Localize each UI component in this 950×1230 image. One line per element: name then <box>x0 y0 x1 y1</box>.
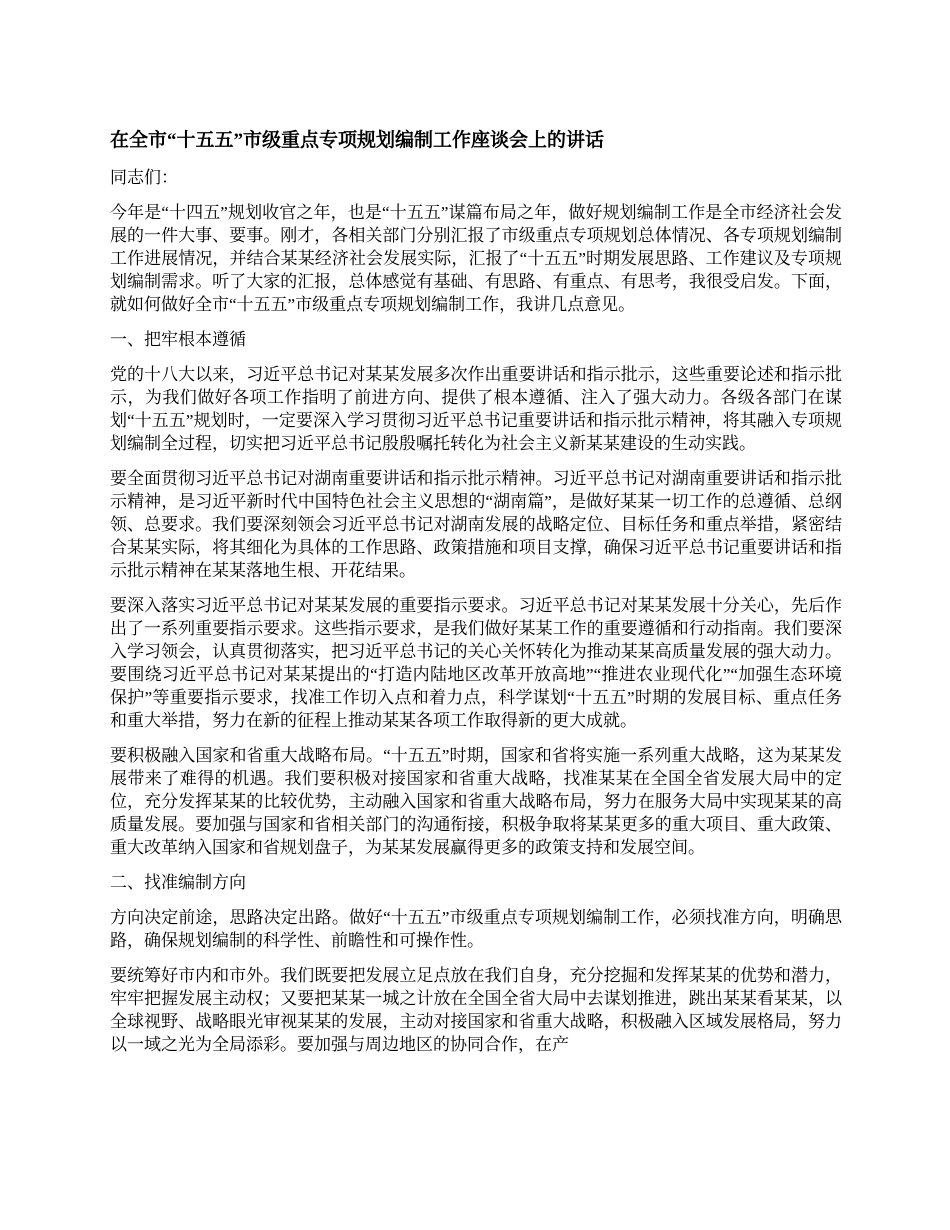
paragraph-hunan-speeches: 要全面贯彻习近平总书记对湖南重要讲话和指示批示精神。习近平总书记对湖南重要讲话和… <box>110 467 842 582</box>
paragraph-intro: 今年是“十四五”规划收官之年，也是“十五五”谋篇布局之年，做好规划编制工作是全市… <box>110 201 842 316</box>
document-content: 在全市“十五五”市级重点专项规划编制工作座谈会上的讲话 同志们： 今年是“十四五… <box>110 128 842 1068</box>
paragraph-direction: 方向决定前途，思路决定出路。做好“十五五”市级重点专项规划编制工作，必须找准方向… <box>110 906 842 952</box>
paragraph-national-strategy: 要积极融入国家和省重大战略布局。“十五五”时期，国家和省将实施一系列重大战略，这… <box>110 744 842 859</box>
document-title: 在全市“十五五”市级重点专项规划编制工作座谈会上的讲话 <box>110 128 842 153</box>
paragraph-coordinate-internal-external: 要统筹好市内和市外。我们既要把发展立足点放在我们自身，充分挖掘和发挥某某的优势和… <box>110 964 842 1056</box>
section-heading-2: 二、找准编制方向 <box>110 871 842 894</box>
section-heading-1: 一、把牢根本遵循 <box>110 328 842 351</box>
document-page: 在全市“十五五”市级重点专项规划编制工作座谈会上的讲话 同志们： 今年是“十四五… <box>0 0 950 1230</box>
greeting-line: 同志们： <box>110 166 842 189</box>
paragraph-fundamental-principles: 党的十八大以来，习近平总书记对某某发展多次作出重要讲话和指示批示，这些重要论述和… <box>110 363 842 455</box>
paragraph-important-instructions: 要深入落实习近平总书记对某某发展的重要指示要求。习近平总书记对某某发展十分关心，… <box>110 594 842 732</box>
